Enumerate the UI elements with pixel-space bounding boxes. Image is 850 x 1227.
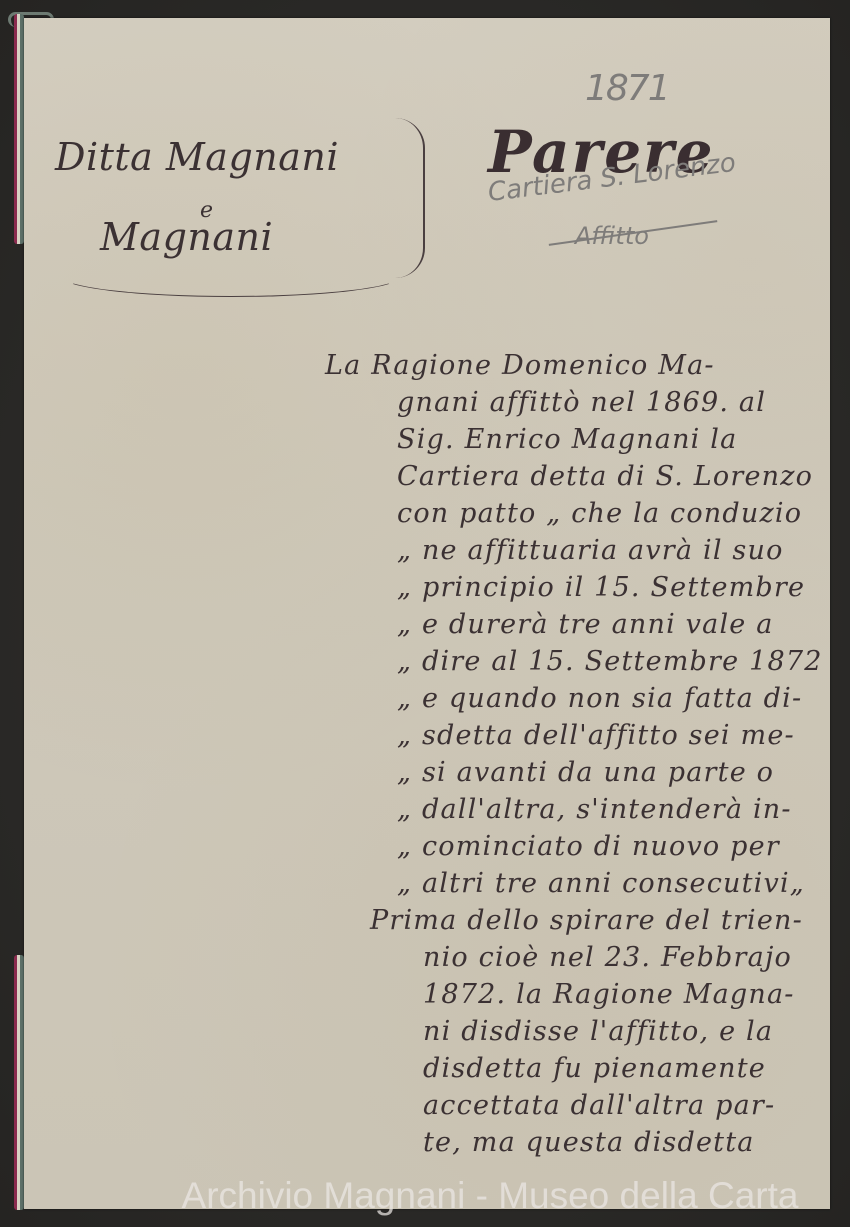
body-line: te, ma questa disdetta <box>423 1127 755 1158</box>
addressee-line-1: Ditta Magnani <box>55 135 339 179</box>
body-line: gnani affittò nel 1869. al <box>397 387 766 418</box>
body-line: „ ne affittuaria avrà il suo <box>397 535 784 566</box>
body-line: Cartiera detta di S. Lorenzo <box>397 461 813 492</box>
body-line: „ cominciato di nuovo per <box>397 831 780 862</box>
body-line: nio cioè nel 23. Febbrajo <box>423 942 792 973</box>
body-line: disdetta fu pienamente <box>423 1053 766 1084</box>
binding-ribbon-bottom <box>14 955 24 1210</box>
addressee-line-2: Magnani <box>100 215 273 259</box>
addressee-brace <box>395 118 425 278</box>
body-line: „ sdetta dell'affitto sei me- <box>397 720 795 751</box>
watermark-text: Archivio Magnani - Museo della Carta <box>52 1175 799 1216</box>
body-line: Sig. Enrico Magnani la <box>397 424 737 455</box>
body-line: „ principio il 15. Settembre <box>397 572 805 603</box>
body-line: accettata dall'altra par- <box>423 1090 775 1121</box>
body-line: „ si avanti da una parte o <box>397 757 774 788</box>
body-line: 1872. la Ragione Magna- <box>423 979 795 1010</box>
body-line: „ dall'altra, s'intenderà in- <box>397 794 792 825</box>
body-line: „ e durerà tre anni vale a <box>397 609 774 640</box>
addressee-flourish <box>60 255 402 297</box>
body-line: Prima dello spirare del trien- <box>370 905 803 936</box>
pencil-year: 1871 <box>585 68 669 109</box>
body-line: ni disdisse l'affitto, e la <box>423 1016 773 1047</box>
binding-ribbon-top <box>14 14 24 244</box>
pencil-note-topic: Affitto <box>575 222 649 250</box>
body-line: La Ragione Domenico Ma- <box>325 350 715 381</box>
body-line: con patto „ che la conduzio <box>397 498 802 529</box>
body-line: „ altri tre anni consecutivi„ <box>397 868 805 899</box>
archive-watermark: Archivio Magnani - Museo della Carta <box>0 1175 850 1217</box>
body-line: „ dire al 15. Settembre 1872 <box>397 646 823 677</box>
body-line: „ e quando non sia fatta di- <box>397 683 802 714</box>
